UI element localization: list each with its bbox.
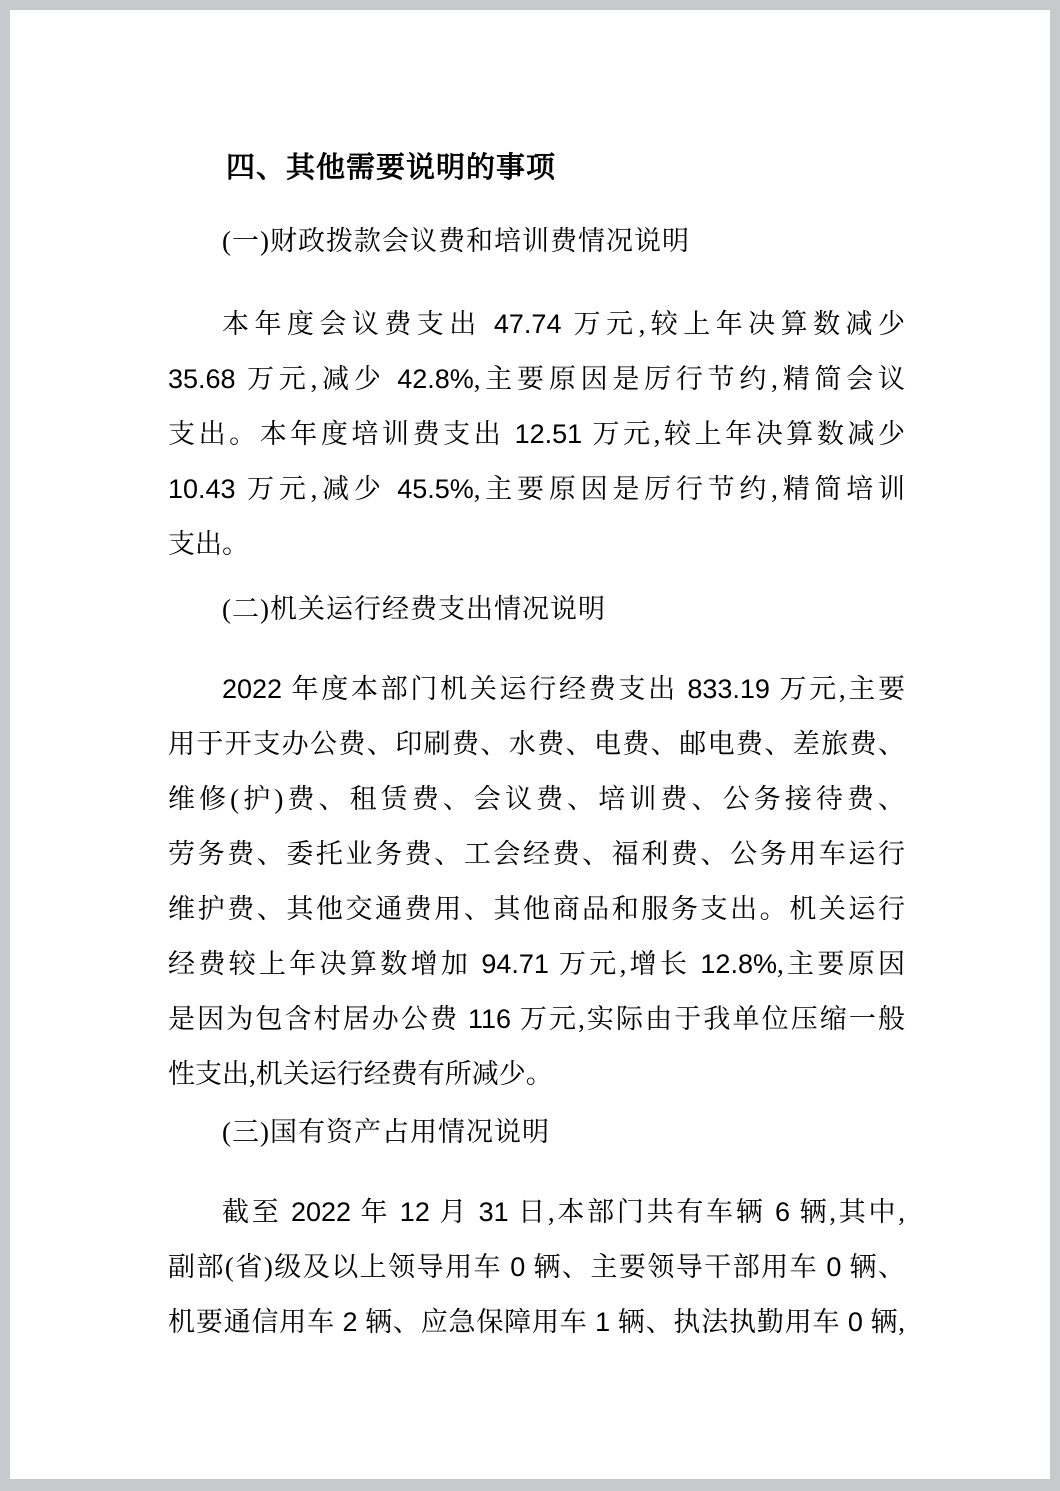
text-line: 2022 年度本部门机关运行经费支出 833.19 万元,主要 <box>168 662 905 717</box>
section-heading: 四、其他需要说明的事项 <box>168 141 905 196</box>
text-line: 性支出,机关运行经费有所减少。 <box>168 1047 905 1102</box>
document-body: 四、其他需要说明的事项 (一)财政拨款会议费和培训费情况说明 本年度会议费支出 … <box>168 10 905 1350</box>
paragraph-operating-expenses: 2022 年度本部门机关运行经费支出 833.19 万元,主要 用于开支办公费、… <box>168 662 905 1102</box>
text-line: 劳务费、委托业务费、工会经费、福利费、公务用车运行 <box>168 827 905 882</box>
subsection-title-3: (三)国有资产占用情况说明 <box>168 1105 905 1160</box>
text-line: 支出。 <box>168 517 905 572</box>
subsection-title-1: (一)财政拨款会议费和培训费情况说明 <box>168 214 905 269</box>
text-line: 10.43 万元,减少 45.5%,主要原因是厉行节约,精简培训 <box>168 462 905 517</box>
text-line: 支出。本年度培训费支出 12.51 万元,较上年决算数减少 <box>168 407 905 462</box>
paragraph-state-assets: 截至 2022 年 12 月 31 日,本部门共有车辆 6 辆,其中, 副部(省… <box>168 1185 905 1350</box>
text-line: 维护费、其他交通费用、其他商品和服务支出。机关运行 <box>168 882 905 937</box>
text-line: 用于开支办公费、印刷费、水费、电费、邮电费、差旅费、 <box>168 717 905 772</box>
text-line: 截至 2022 年 12 月 31 日,本部门共有车辆 6 辆,其中, <box>168 1185 905 1240</box>
paragraph-meeting-training-fees: 本年度会议费支出 47.74 万元,较上年决算数减少 35.68 万元,减少 4… <box>168 297 905 572</box>
text-line: 经费较上年决算数增加 94.71 万元,增长 12.8%,主要原因 <box>168 937 905 992</box>
text-line: 35.68 万元,减少 42.8%,主要原因是厉行节约,精简会议 <box>168 352 905 407</box>
text-line: 是因为包含村居办公费 116 万元,实际由于我单位压缩一般 <box>168 992 905 1047</box>
text-line: 副部(省)级及以上领导用车 0 辆、主要领导干部用车 0 辆、 <box>168 1240 905 1295</box>
document-page: 四、其他需要说明的事项 (一)财政拨款会议费和培训费情况说明 本年度会议费支出 … <box>10 10 1050 1479</box>
text-line: 机要通信用车 2 辆、应急保障用车 1 辆、执法执勤用车 0 辆, <box>168 1295 905 1350</box>
text-line: 本年度会议费支出 47.74 万元,较上年决算数减少 <box>168 297 905 352</box>
text-line: 维修(护)费、租赁费、会议费、培训费、公务接待费、 <box>168 772 905 827</box>
subsection-title-2: (二)机关运行经费支出情况说明 <box>168 582 905 637</box>
